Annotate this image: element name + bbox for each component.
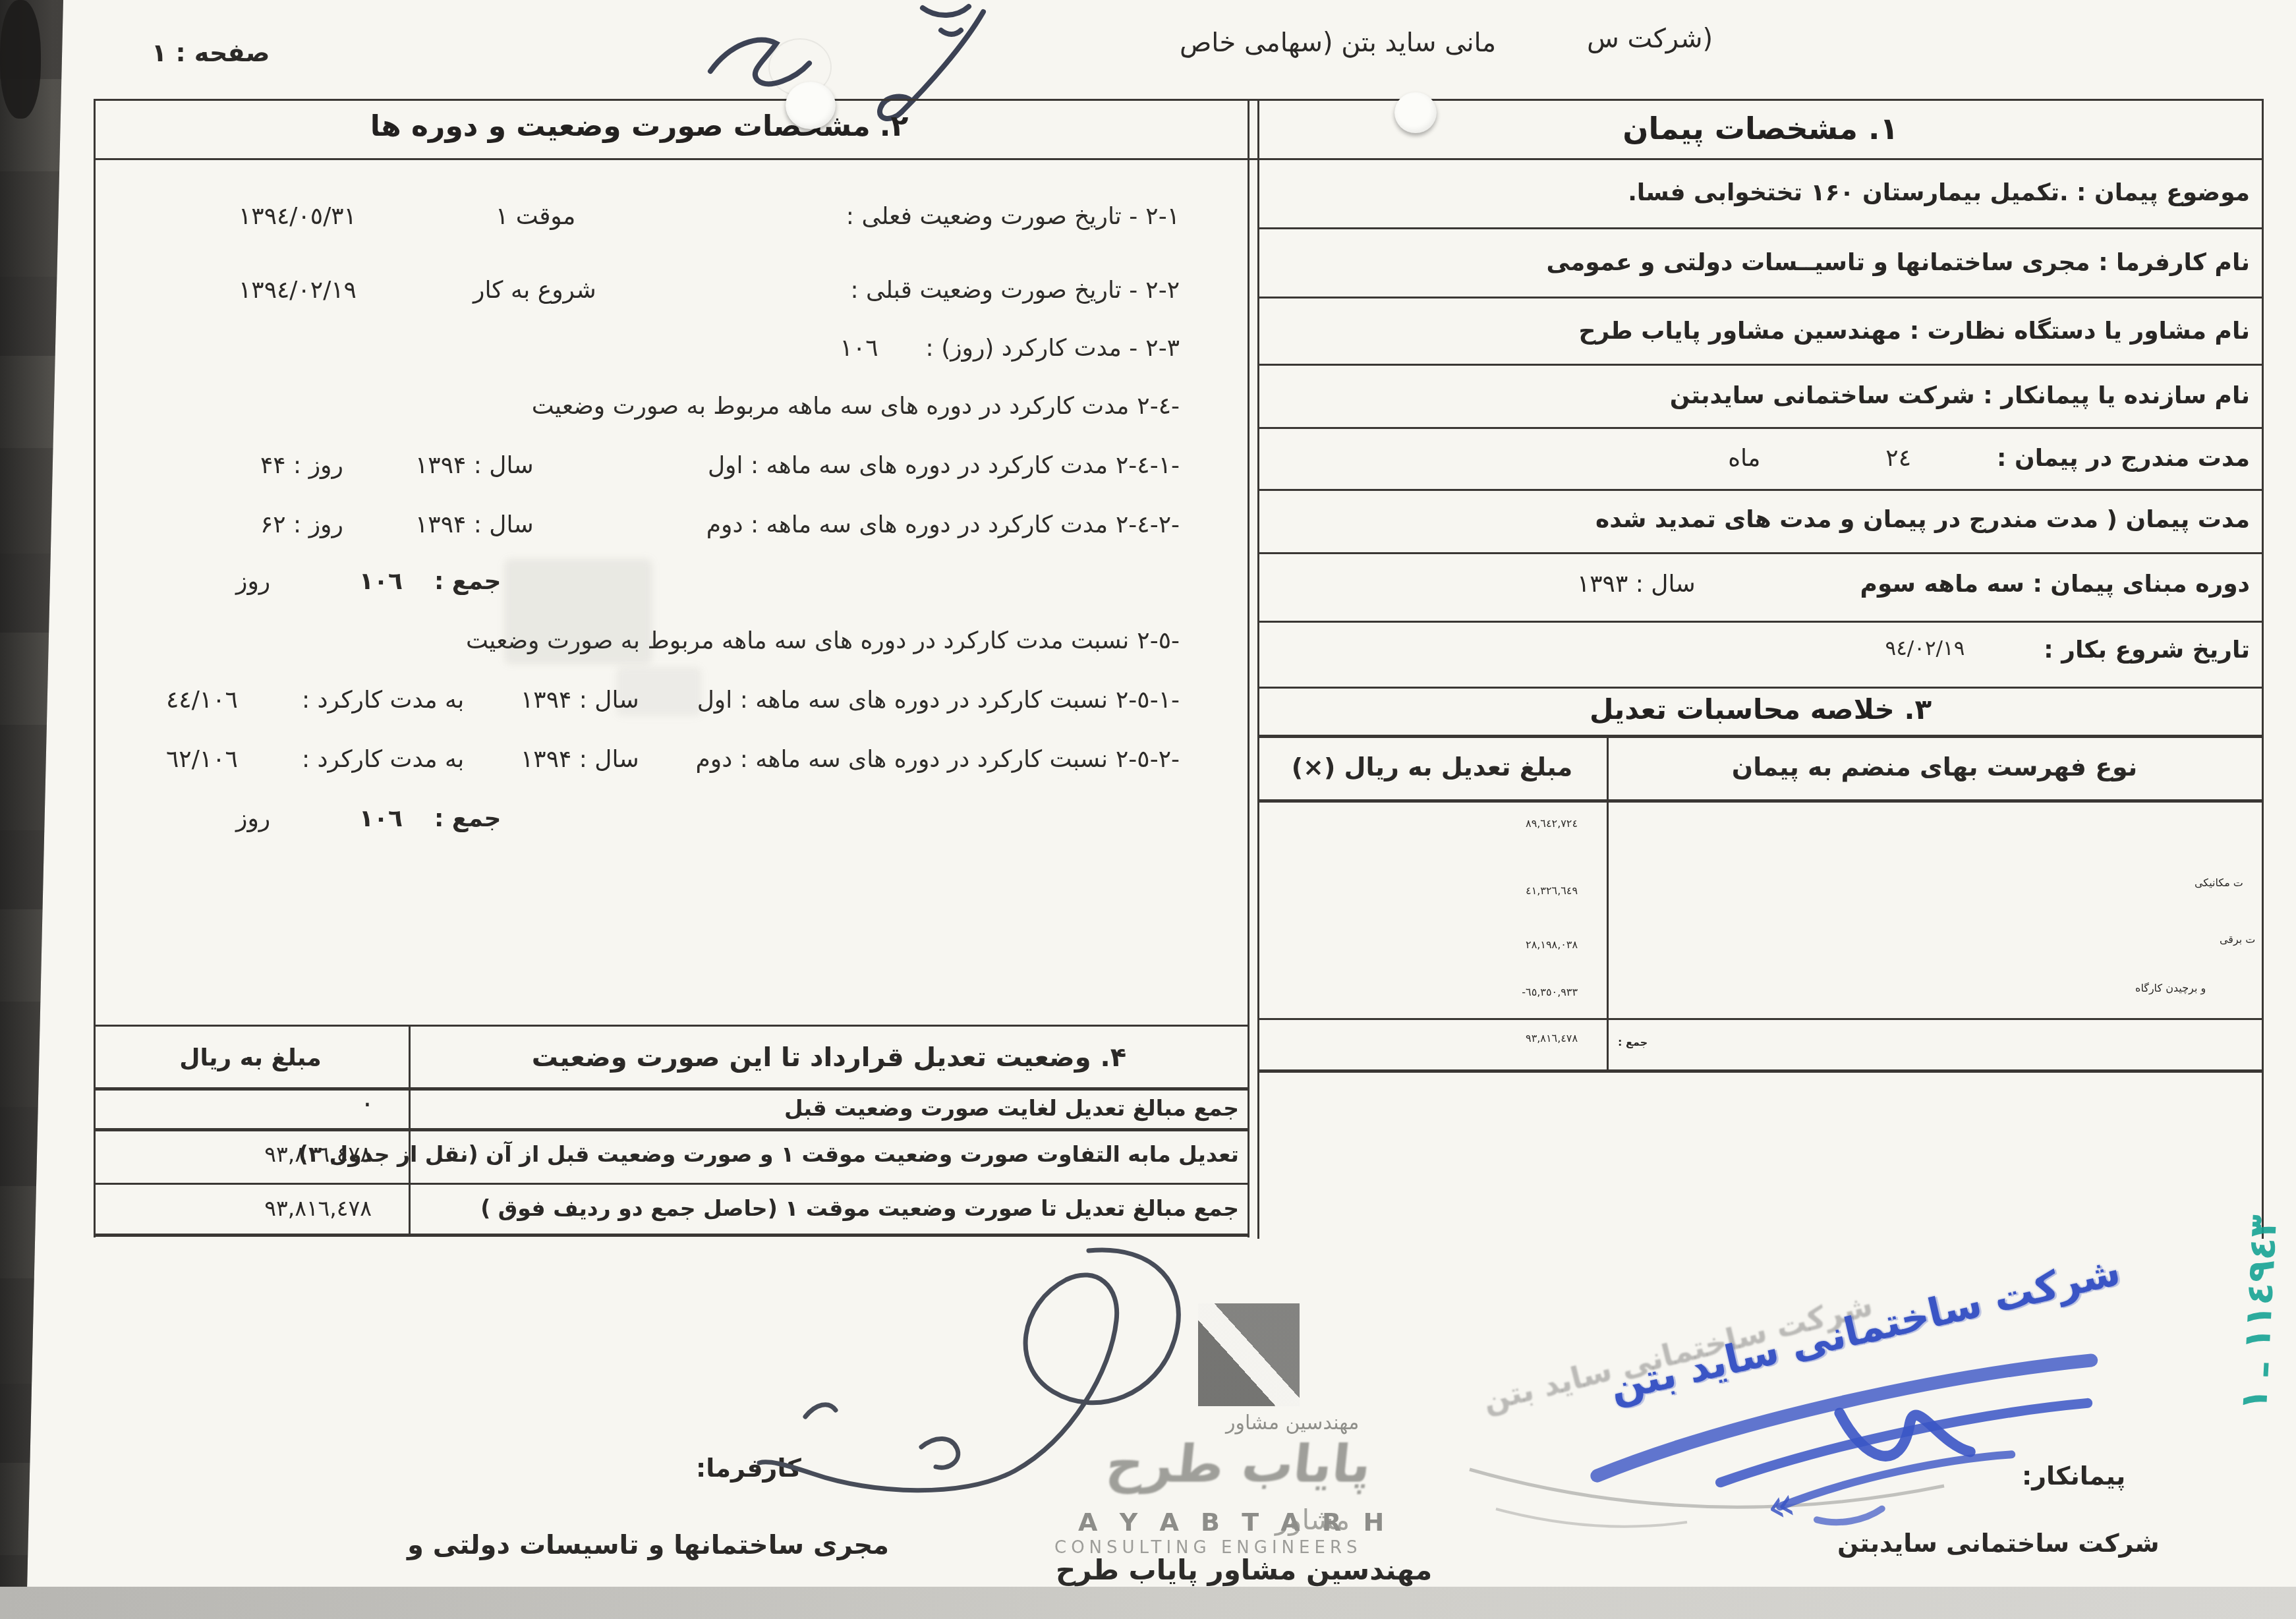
client-name-row: نام کارفرما : مجری ساختمانها و تاسیــسات… [1546,249,2250,276]
item-number: ٤-٢- [1137,393,1180,420]
adjustment-amount: ٢٨,١٩٨,٠٣٨ [1526,938,1578,951]
grid-line [1257,427,2264,429]
item-label: - تاریخ صورت وضعیت فعلی : [846,203,1137,230]
start-date-label: تاریخ شروع بکار : [2044,637,2250,664]
left-table-left-border [94,99,96,1237]
left-table-right-border [1248,99,1249,1237]
sum-label: جمع : [434,805,502,832]
duration-sum-row: جمع : ١٠٦ [359,568,502,595]
grid-line [1257,621,2264,623]
start-date-row: تاریخ شروع بکار : ٩٤/٠٢/١٩ [1885,637,2250,664]
grid-line [1257,227,2264,229]
duration-unit: ماه [1728,445,1760,472]
base-period-year: سال : ١٣٩٣ [1577,571,1696,598]
previous-statement-date: ١٣٩٤/٠٢/١٩ [239,277,357,304]
work-duration-row: ٣-٢ - مدت کارکرد (روز) : ١٠٦ [840,335,1180,362]
client-signature-name: مجری ساختمانها و تاسیسات دولتی و [407,1530,889,1560]
right-table-right-border [2262,99,2264,1239]
grid-line [1257,799,2264,803]
header-separator-line [94,158,2264,160]
item-number: ٢-٢ [1145,277,1180,304]
quarter2-duration-row: ٢-٤-٢- مدت کارکرد در دوره های سه ماهه : … [706,511,1180,538]
start-date-value: ٩٤/٠٢/١٩ [1885,637,1965,660]
grid-line [94,1234,1249,1237]
scanner-bottom-band [0,1587,2296,1619]
base-period-row: دوره مبنای پیمان : سه ماهه سوم سال : ١٣٩… [1577,571,2250,598]
sum-label: جمع : [434,568,502,595]
grid-line [1257,364,2264,366]
handwritten-ref-number: ١١٤٩٤٣ ـ ١ [2232,1207,2286,1419]
page-number-label: صفحه : ١ [152,38,270,67]
contractor-name-row: نام سازنده یا پیمانکار : شرکت ساختمانی س… [1670,382,2250,409]
consultant-name-row: نام مشاور یا دستگاه نظارت : مهندسین مشاو… [1578,318,2250,345]
company-header-left-fragment: مانی ساید بتن (سهامی خاص [1180,28,1496,58]
section4-row-amount: ٩٣,٨١٦,٤٧٨ [264,1141,372,1167]
section4-row-amount: ٩٣,٨١٦,٤٧٨ [264,1195,372,1221]
consultant-full-name: مهندسین مشاور پایاب طرح [1056,1554,1432,1586]
consultant-logo [1198,1303,1300,1406]
section3-title: ٣. خلاصه محاسبات تعدیل [1257,693,2264,725]
grid-line [1257,297,2264,298]
right-table-left-border [1257,99,1259,1239]
consultant-small-top: مهندسین مشاور [1226,1411,1359,1434]
section2-title-wrap: ٢. مشخصات صورت وضعیت و دوره ها [277,109,1002,143]
current-statement-kind: موقت ١ [496,203,575,230]
quarter-durations-header-row: ٤-٢- مدت کارکرد در دوره های سه ماهه مربو… [532,393,1180,420]
grid-line [1257,687,2264,689]
consultant-script-name: پایاب طرح [1137,1435,1373,1494]
duration-value: ٢٤ [1885,445,1911,472]
quarter2-days: روز : ۶۲ [260,511,343,538]
quarter2-ratio-label: به مدت کارکرد : [302,746,464,773]
section4-row-label: جمع مبالغ تعدیل لغایت صورت وضعیت قبل [784,1095,1239,1121]
quarter1-ratio-row: ١-٥-٢- نسبت کارکرد در دوره های سه ماهه :… [697,687,1180,714]
extended-duration-label: مدت پیمان ( مدت مندرج در پیمان و مدت های… [1595,506,2250,533]
previous-statement-kind: شروع به کار [473,277,596,304]
client-signature-label: کارفرما: [696,1454,801,1483]
current-statement-date: ١٣٩٤/٠٥/٣١ [239,203,357,230]
blue-stamp-text: شرکت ساختمانی ساید بتن [1605,1248,2125,1410]
grid-line [1257,735,2264,738]
section4-amount-column-header: مبلغ به ریال [99,1044,402,1071]
adjustment-amount: ٤١,٣٢٦,٦٤٩ [1526,884,1578,897]
item-label: - تاریخ صورت وضعیت قبلی : [850,277,1137,304]
section4-row-amount: · [363,1089,372,1121]
contract-subject-row: موضوع پیمان : .تکمیل بیمارستان ۱۶۰ تختخو… [1628,179,2250,206]
scan-edge-blob [0,0,41,119]
price-list-label-electrical: ت برقی [2220,933,2255,946]
quarter2-ratio-year: سال : ۱۳۹۴ [521,746,639,773]
item-label: مدت کارکرد در دوره های سه ماهه : دوم [706,511,1108,538]
item-number: ٢-٤-٢- [1116,511,1180,538]
grid-line [94,1025,1249,1027]
grid-line [94,1128,1249,1131]
sum-unit: روز [236,568,270,595]
work-duration-days: ١٠٦ [840,335,878,362]
duration-label: مدت مندرج در پیمان : [1997,445,2250,472]
quarter2-year: سال : ۱۳۹۴ [415,511,534,538]
quarter1-duration-row: ١-٤-٢- مدت کارکرد در دوره های سه ماهه : … [708,452,1180,479]
item-label: نسبت کارکرد در دوره های سه ماهه : اول [697,687,1108,714]
grid-line [1257,552,2264,554]
sum-value: ١٠٦ [359,568,403,595]
section4-row-label: جمع مبالغ تعدیل تا صورت وضعیت موقت ١ (حا… [480,1195,1239,1221]
item-label: نسبت کارکرد در دوره های سه ماهه : دوم [696,746,1108,773]
section2-title-number: ٢. [880,109,909,143]
contractor-name: نام سازنده یا پیمانکار : شرکت ساختمانی س… [1670,382,2250,409]
previous-statement-date-row: ٢-٢ - تاریخ صورت وضعیت قبلی : [850,277,1180,304]
base-period-label: دوره مبنای پیمان : سه ماهه سوم [1860,571,2250,598]
ratio-sum-row: جمع : ١٠٦ [359,805,502,832]
current-statement-date-row: ١-٢ - تاریخ صورت وضعیت فعلی : [846,203,1180,230]
section4-title: ۴. وضعیت تعدیل قرارداد تا این صورت وضعیت [415,1042,1243,1073]
item-number: ١-٥-٢- [1116,687,1180,714]
frame-top-line [94,99,2264,101]
sum-value: ١٠٦ [359,805,403,832]
hole-punch-sticker [1394,92,1437,133]
adjustment-amount: -٦٥,٣٥٠,٩٣٣ [1522,986,1578,998]
consultant-latin-name: A Y A B T A R H [1078,1508,1391,1537]
quarter2-ratio-value: ٦٢/١٠٦ [166,746,238,773]
grid-line [94,1087,1249,1091]
hole-punch-sticker [786,82,836,129]
sum-unit: روز [236,805,270,832]
item-label: - مدت کارکرد (روز) : [926,335,1138,362]
quarter2-ratio-row: ٢-٥-٢- نسبت کارکرد در دوره های سه ماهه :… [696,746,1180,773]
item-number: ٥-٢- [1137,627,1180,654]
section3-total-label: جمع : [1618,1036,1648,1048]
contract-subject: موضوع پیمان : .تکمیل بیمارستان ۱۶۰ تختخو… [1628,179,2250,206]
company-header-right-fragment: (شرکت س [1587,24,1713,54]
section3-column-divider [1607,735,1609,1071]
adjustment-amount: ٨٩,٦٤٢,٧٢٤ [1526,817,1578,830]
guillemet-mark: « [1761,1475,1800,1535]
quarter1-ratio-value: ٤٤/١٠٦ [166,687,238,714]
section3-type-column-header: نوع فهرست بهای منضم به پیمان [1607,753,2262,781]
item-number: ١-٤-٢- [1116,452,1180,479]
grid-line [1257,1018,2264,1020]
quarter1-ratio-year: سال : ۱۳۹۴ [521,687,639,714]
contract-duration-row: مدت مندرج در پیمان : ٢٤ ماه [1728,445,2250,472]
client-name: نام کارفرما : مجری ساختمانها و تاسیــسات… [1546,249,2250,276]
item-label: مدت کارکرد در دوره های سه ماهه : اول [708,452,1108,479]
section4-row-label: تعدیل مابه التفاوت صورت وضعیت موقت ١ و ص… [299,1141,1239,1167]
scan-edge-band [0,0,66,1619]
quarter1-days: روز : ۴۴ [260,452,343,479]
grid-line [1257,489,2264,491]
quarter1-year: سال : ۱۳۹۴ [415,452,534,479]
scanned-document-page: { "page": { "page_label": "صفحه : ١", "c… [0,0,2296,1619]
quarter1-ratio-label: به مدت کارکرد : [302,687,464,714]
section3-total-amount: ٩٣,٨١٦,٤٧٨ [1526,1032,1578,1044]
consultant-name: نام مشاور یا دستگاه نظارت : مهندسین مشاو… [1578,318,2250,345]
grid-line [94,1183,1249,1185]
item-number: ٢-٥-٢- [1116,746,1180,773]
item-number: ١-٢ [1145,203,1180,230]
item-number: ٣-٢ [1145,335,1180,362]
price-list-label-site-dismantle: و برچیدن کارگاه [2135,982,2206,994]
item-label: مدت کارکرد در دوره های سه ماهه مربوط به … [532,393,1130,420]
section4-column-divider [409,1025,411,1234]
price-list-label-mechanical: ت مکانیکی [2195,876,2243,889]
quarter-ratios-header-row: ٥-٢- نسبت مدت کارکرد در دوره های سه ماهه… [466,627,1180,654]
extended-duration-row: مدت پیمان ( مدت مندرج در پیمان و مدت های… [1595,506,2250,533]
item-label: نسبت مدت کارکرد در دوره های سه ماهه مربو… [466,627,1129,654]
section3-amount-column-header: مبلغ تعدیل به ریال (×) [1257,753,1607,781]
grid-line [1257,1069,2264,1073]
